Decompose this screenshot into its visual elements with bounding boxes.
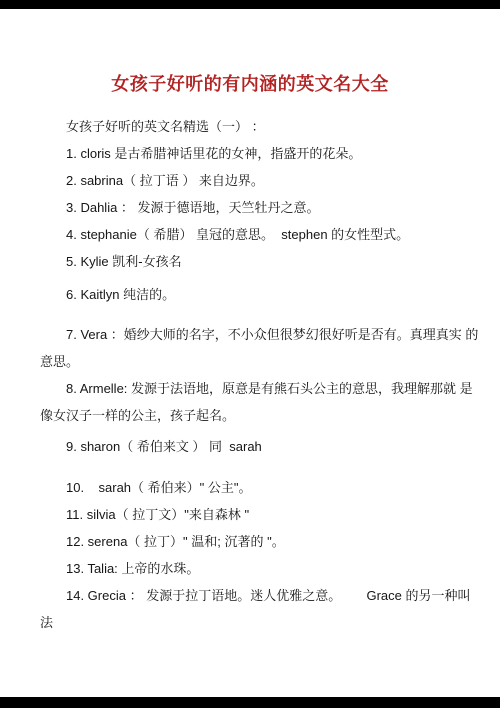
list-item-8-line2: 像女汉子一样的公主，孩子起名。 — [40, 402, 470, 429]
section-heading: 女孩子好听的英文名精选（一） ： — [40, 113, 470, 140]
list-item-14-line1: 14. Grecia ： 发源于拉丁语地。迷人优雅之意。 Grace 的另一种叫 — [40, 582, 470, 609]
top-border-bar — [0, 0, 500, 9]
bottom-border-bar — [0, 697, 500, 708]
list-item-14-line2: 法 — [40, 609, 470, 636]
list-item-7-line1: 7. Vera ：婚纱大师的名字，不小众但很梦幻很好听是否有。真理真实 的 — [40, 321, 470, 348]
list-item-8-line1: 8. Armelle: 发源于法语地，原意是有熊石头公主的意思，我理解那就 是 — [40, 375, 470, 402]
list-item-2: 2. sabrina（ 拉丁语 ） 来自边界。 — [40, 167, 470, 194]
list-item-7-line2: 意思。 — [40, 348, 470, 375]
list-item-11: 11. silvia（ 拉丁文）"来自森林 " — [40, 501, 470, 528]
list-item-5: 5. Kylie 凯利-女孩名 — [40, 248, 470, 275]
list-item-9: 9. sharon（ 希伯来文 ） 同 sarah — [40, 433, 470, 460]
list-item-4: 4. stephanie（ 希腊） 皇冠的意思。 stephen 的女性型式。 — [40, 221, 470, 248]
list-item-3: 3. Dahlia ： 发源于德语地，天竺牡丹之意。 — [40, 194, 470, 221]
list-item-12: 12. serena（ 拉丁）" 温和; 沉著的 "。 — [40, 528, 470, 555]
list-item-1: 1. cloris 是古希腊神话里花的女神，指盛开的花朵。 — [40, 140, 470, 167]
list-item-6: 6. Kaitlyn 纯洁的。 — [40, 281, 470, 308]
document-body: 女孩子好听的英文名精选（一） ： 1. cloris 是古希腊神话里花的女神，指… — [40, 113, 470, 636]
list-item-10: 10. sarah（ 希伯来）" 公主"。 — [40, 474, 470, 501]
document-page: 女孩子好听的有内涵的英文名大全 女孩子好听的英文名精选（一） ： 1. clor… — [0, 0, 500, 708]
list-item-13: 13. Talia: 上帝的水珠。 — [40, 555, 470, 582]
document-title: 女孩子好听的有内涵的英文名大全 — [0, 72, 500, 96]
